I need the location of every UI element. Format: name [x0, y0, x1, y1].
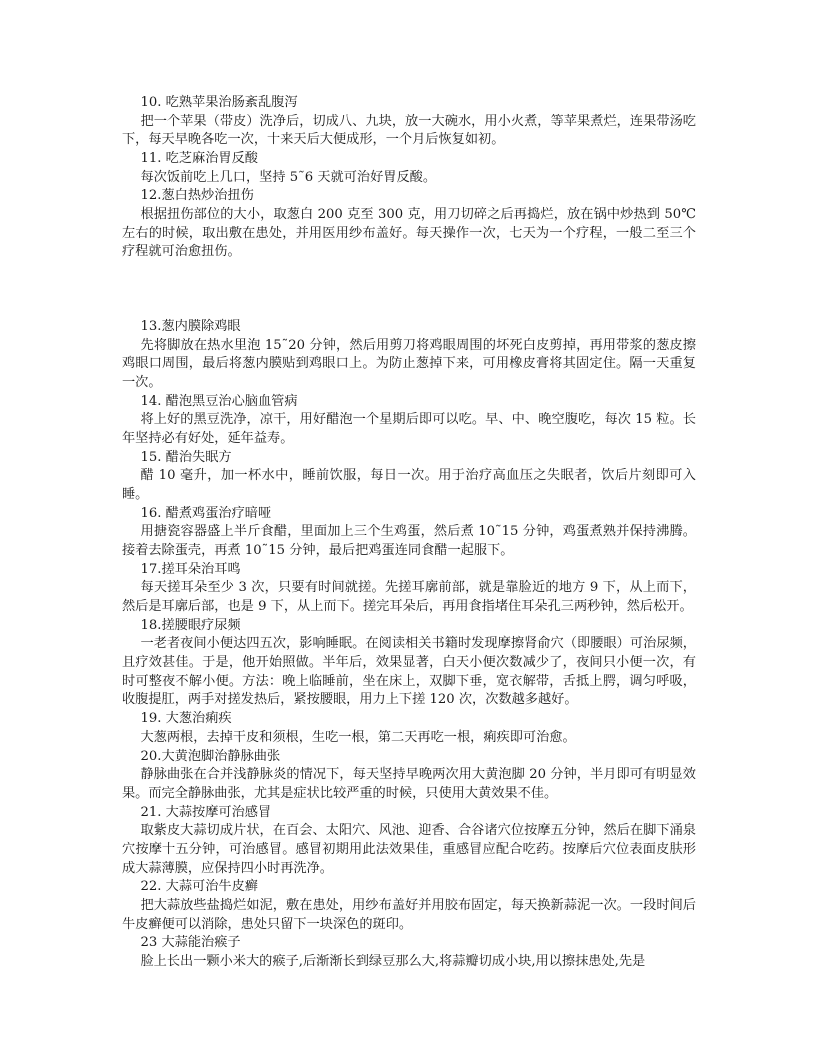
- section-title-21: 21. 大蒜按摩可治感冒: [122, 804, 696, 823]
- section-title-23: 23 大蒜能治瘊子: [122, 934, 696, 953]
- section-body-13: 先将脚放在热水里泡 15˜20 分钟，然后用剪刀将鸡眼周围的坏死白皮剪掉，再用带…: [122, 337, 696, 393]
- section-title-16: 16. 醋煮鸡蛋治疗暗哑: [122, 505, 696, 524]
- section-title-19: 19. 大葱治痢疾: [122, 710, 696, 729]
- section-body-10: 把一个苹果（带皮）洗净后，切成八、九块，放一大碗水，用小火煮，等苹果煮烂，连果带…: [122, 113, 696, 150]
- section-title-10: 10. 吃熟苹果治肠紊乱腹泻: [122, 94, 696, 113]
- section-title-20: 20.大黄泡脚治静脉曲张: [122, 748, 696, 767]
- section-body-20: 静脉曲张在合并浅静脉炎的情况下，每天坚持早晚两次用大黄泡脚 20 分钟，半月即可…: [122, 766, 696, 803]
- blank-gap: [122, 262, 696, 318]
- section-title-17: 17.搓耳朵治耳鸣: [122, 561, 696, 580]
- section-title-13: 13.葱内膜除鸡眼: [122, 318, 696, 337]
- section-title-11: 11. 吃芝麻治胃反酸: [122, 150, 696, 169]
- section-body-12: 根据扭伤部位的大小，取葱白 200 克至 300 克，用刀切碎之后再捣烂，放在锅…: [122, 206, 696, 262]
- section-body-15: 醋 10 毫升，加一杯水中，睡前饮服，每日一次。用于治疗高血压之失眠者，饮后片刻…: [122, 467, 696, 504]
- document-page: 10. 吃熟苹果治肠紊乱腹泻 把一个苹果（带皮）洗净后，切成八、九块，放一大碗水…: [122, 94, 696, 972]
- section-body-23: 脸上长出一颗小米大的瘊子,后渐渐长到绿豆那么大,将蒜瓣切成小块,用以擦抹患处,先…: [122, 953, 696, 972]
- section-title-22: 22. 大蒜可治牛皮癣: [122, 878, 696, 897]
- section-body-18: 一老者夜间小便达四五次，影响睡眠。在阅读相关书籍时发现摩擦肾俞穴（即腰眼）可治尿…: [122, 635, 696, 710]
- section-title-14: 14. 醋泡黑豆治心脑血管病: [122, 393, 696, 412]
- section-body-11: 每次饭前吃上几口，坚持 5˜6 天就可治好胃反酸。: [122, 169, 696, 188]
- section-body-17: 每天搓耳朵至少 3 次，只要有时间就搓。先搓耳廓前部，就是靠脸近的地方 9 下，…: [122, 579, 696, 616]
- section-title-12: 12.葱白热炒治扭伤: [122, 187, 696, 206]
- section-body-22: 把大蒜放些盐捣烂如泥，敷在患处，用纱布盖好并用胶布固定，每天换新蒜泥一次。一段时…: [122, 897, 696, 934]
- section-title-18: 18.搓腰眼疗尿频: [122, 617, 696, 636]
- section-body-14: 将上好的黑豆洗净，凉干，用好醋泡一个星期后即可以吃。早、中、晚空腹吃，每次 15…: [122, 411, 696, 448]
- section-title-15: 15. 醋治失眠方: [122, 449, 696, 468]
- section-body-16: 用搪瓷容器盛上半斤食醋，里面加上三个生鸡蛋，然后煮 10˜15 分钟，鸡蛋煮熟并…: [122, 523, 696, 560]
- section-body-19: 大葱两根，去掉干皮和须根，生吃一根，第二天再吃一根，痢疾即可治愈。: [122, 729, 696, 748]
- section-body-21: 取紫皮大蒜切成片状，在百会、太阳穴、风池、迎香、合谷诸穴位按摩五分钟，然后在脚下…: [122, 822, 696, 878]
